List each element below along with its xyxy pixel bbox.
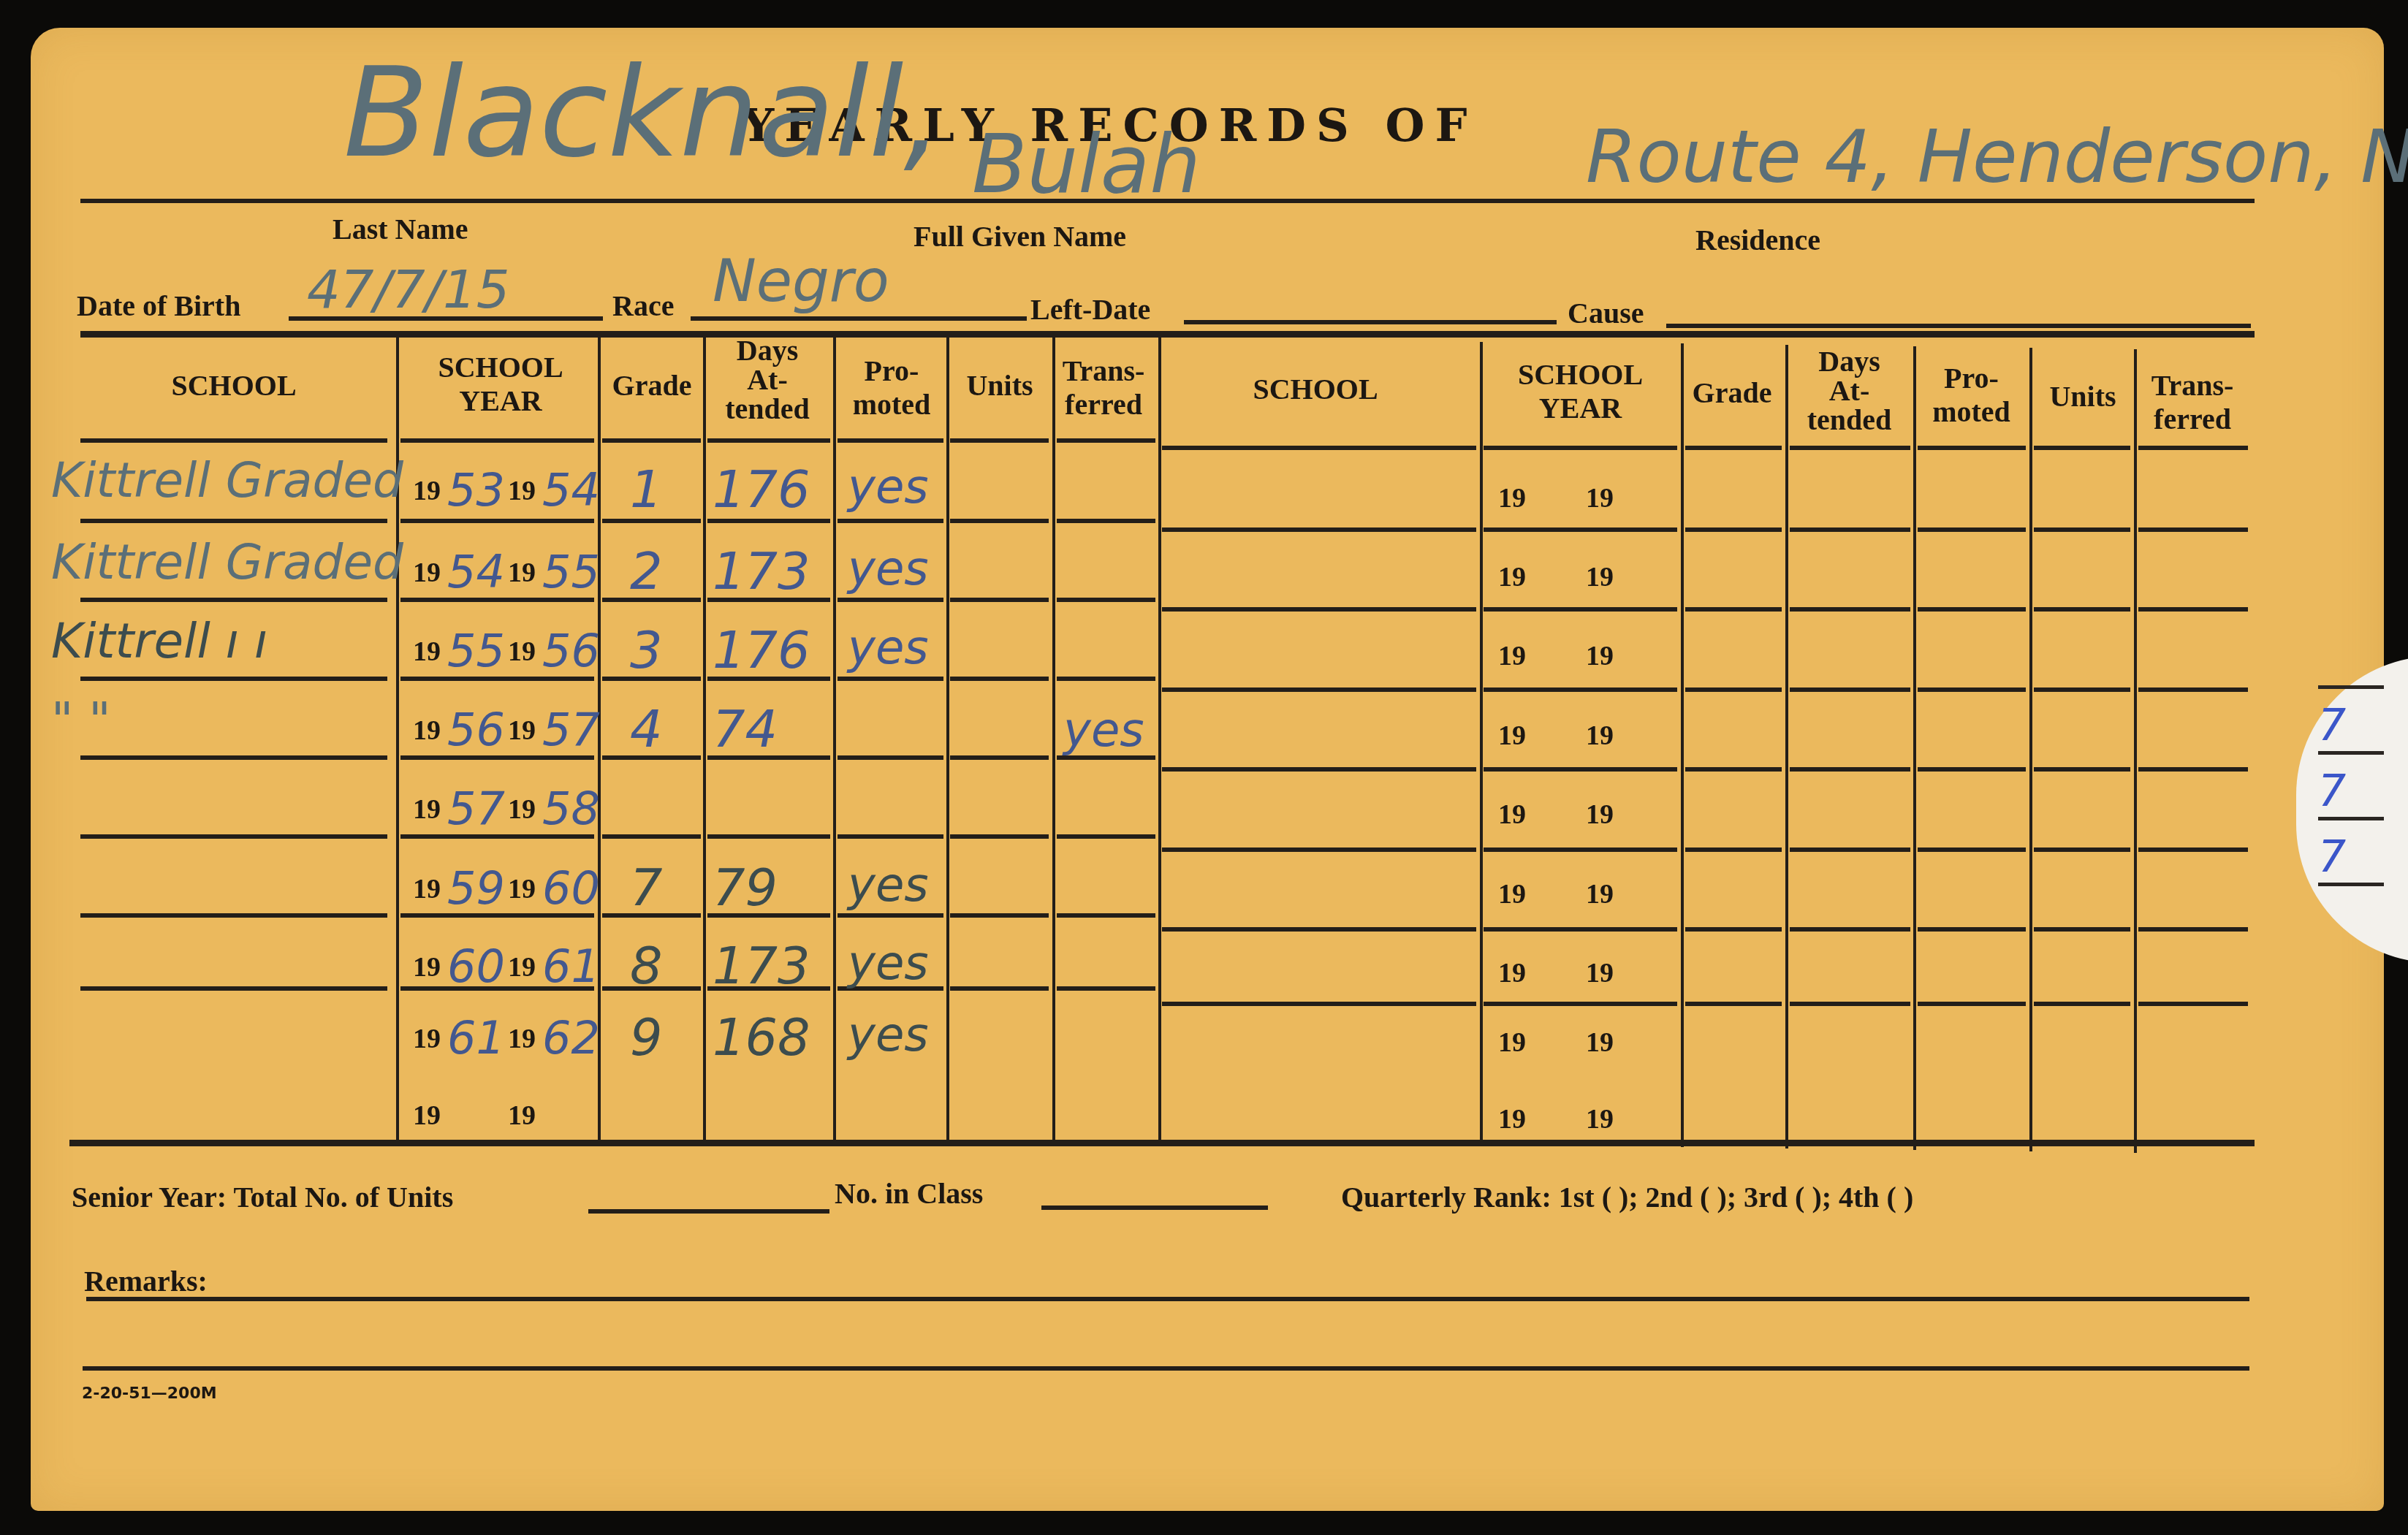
row-line (1918, 848, 2026, 852)
row-line (950, 598, 1049, 602)
col-days-line1: Days (737, 334, 798, 367)
year-from-prefix: 19 (1498, 878, 1526, 910)
days-value[interactable]: 176 (713, 464, 810, 515)
row-line (838, 755, 943, 760)
col-transferred-line2: ferred (2154, 403, 2231, 435)
row-line (1790, 767, 1910, 772)
remarks-line-2[interactable] (83, 1366, 2249, 1371)
grade-value[interactable]: 1 (630, 464, 663, 515)
days-value[interactable]: 173 (713, 546, 810, 597)
row-line (838, 913, 943, 918)
row-line (1484, 527, 1677, 532)
col-divider (833, 338, 836, 1141)
col-promoted-line1: Pro- (865, 354, 919, 387)
year-to-prefix: 19 (508, 557, 536, 589)
row-line (1918, 767, 2026, 772)
col-divider (1913, 346, 1916, 1150)
given-name-label: Full Given Name (914, 219, 1126, 254)
year-from-value[interactable]: 55 (447, 628, 505, 674)
col-days: DaysAt-tended (705, 336, 829, 424)
year-from-prefix: 19 (1498, 799, 1526, 831)
year-from-prefix: 19 (1498, 1026, 1526, 1059)
school-value[interactable]: Kittrell ı ı (51, 617, 267, 666)
col-promoted-right: Pro-moted (1915, 362, 2028, 429)
col-year-right: SCHOOLYEAR (1480, 358, 1681, 425)
row-line (80, 834, 387, 839)
row-line (1484, 927, 1677, 932)
row-line (2138, 607, 2248, 612)
grade-value[interactable]: 7 (630, 862, 663, 913)
year-from-value[interactable]: 57 (447, 786, 505, 831)
school-value[interactable]: Kittrell Graded (51, 457, 403, 505)
row-line (400, 438, 594, 443)
row-line (80, 438, 387, 443)
row-line (950, 519, 1049, 523)
row-line (2034, 527, 2130, 532)
year-to-prefix: 19 (1586, 640, 1614, 672)
row-line (2034, 446, 2130, 450)
race-value[interactable]: Negro (713, 252, 889, 311)
residence-label: Residence (1695, 223, 1820, 257)
left-date-line (1184, 320, 1557, 324)
given-name-value[interactable]: Bulah (972, 124, 1201, 205)
row-line (2138, 767, 2248, 772)
row-line (1484, 687, 1677, 692)
row-line (1685, 848, 1782, 852)
year-from-prefix: 19 (1498, 720, 1526, 752)
col-days-line3: tended (1807, 403, 1892, 436)
row-line (80, 755, 387, 760)
year-to-prefix: 19 (508, 1023, 536, 1055)
promoted-value[interactable]: yes (848, 1012, 929, 1059)
col-divider (1158, 338, 1161, 1141)
row-line (1790, 527, 1910, 532)
row-line (1918, 687, 2026, 692)
days-value[interactable]: 168 (713, 1012, 810, 1063)
row-line (1484, 767, 1677, 772)
col-days-line3: tended (725, 392, 810, 425)
year-from-value[interactable]: 59 (447, 866, 505, 911)
row-line (1484, 1002, 1677, 1006)
col-grade-right: Grade (1681, 376, 1783, 410)
row-line (1057, 913, 1155, 918)
col-promoted-line2: moted (853, 388, 931, 421)
year-from-prefix: 19 (413, 715, 441, 747)
dob-value[interactable]: 47/7/15 (307, 263, 510, 316)
year-to-prefix: 19 (508, 1100, 536, 1132)
race-line (691, 316, 1027, 321)
year-to-prefix: 19 (1586, 482, 1614, 514)
year-to-prefix: 19 (508, 951, 536, 983)
year-to-prefix: 19 (1586, 799, 1614, 831)
year-to-prefix: 19 (1586, 561, 1614, 593)
year-to-prefix: 19 (508, 873, 536, 905)
residence-value[interactable]: Route 4, Henderson, N.C. (1586, 121, 2408, 194)
promoted-value[interactable]: yes (848, 940, 929, 987)
col-divider (2134, 349, 2137, 1153)
senior-year-label: Senior Year: Total No. of Units (72, 1180, 453, 1214)
col-transferred-line1: Trans- (2151, 369, 2234, 402)
row-line (838, 834, 943, 839)
remarks-line-1[interactable] (86, 1297, 2249, 1301)
days-value[interactable]: 74 (713, 704, 778, 755)
row-line (2138, 927, 2248, 932)
row-line (1484, 607, 1677, 612)
row-line (2138, 1002, 2248, 1006)
year-to-prefix: 19 (1586, 1103, 1614, 1135)
col-days-right: DaysAt-tended (1785, 347, 1913, 435)
col-transferred-right: Trans-ferred (2138, 369, 2247, 436)
row-line (1685, 446, 1782, 450)
row-line (1918, 607, 2026, 612)
row-line (1918, 927, 2026, 932)
row-line (950, 834, 1049, 839)
year-to-prefix: 19 (1586, 720, 1614, 752)
no-in-class-line[interactable] (1041, 1205, 1268, 1210)
row-line (1918, 446, 2026, 450)
notch-ink: 7 (2318, 700, 2346, 751)
row-line (1685, 607, 1782, 612)
row-line (2034, 767, 2130, 772)
remarks-label: Remarks: (84, 1264, 208, 1298)
col-divider (1681, 343, 1684, 1147)
row-line (1685, 527, 1782, 532)
year-from-prefix: 19 (1498, 640, 1526, 672)
row-line (1484, 848, 1677, 852)
row-line (1685, 687, 1782, 692)
col-promoted-line1: Pro- (1944, 362, 1999, 395)
row-line (1057, 598, 1155, 602)
col-days-line2: At- (1829, 374, 1870, 407)
col-divider (1785, 345, 1788, 1149)
row-line (950, 913, 1049, 918)
row-line (1790, 446, 1910, 450)
row-line (1790, 1002, 1910, 1006)
year-from-prefix: 19 (413, 1100, 441, 1132)
year-from-prefix: 19 (413, 557, 441, 589)
row-line (80, 913, 387, 918)
col-transferred: Trans-ferred (1052, 354, 1155, 422)
year-from-prefix: 19 (413, 873, 441, 905)
row-line (400, 519, 594, 523)
year-from-prefix: 19 (413, 475, 441, 507)
col-days-line2: At- (747, 363, 788, 396)
year-from-prefix: 19 (1498, 482, 1526, 514)
col-year-line2: YEAR (1539, 392, 1622, 424)
race-label: Race (612, 289, 674, 323)
row-line (2034, 848, 2130, 852)
row-line (707, 438, 830, 443)
row-line (1162, 687, 1476, 692)
row-line (80, 598, 387, 602)
year-from-prefix: 19 (413, 793, 441, 826)
row-line (1484, 446, 1677, 450)
row-line (1057, 834, 1155, 839)
year-to-prefix: 19 (1586, 878, 1614, 910)
row-line (2138, 527, 2248, 532)
row-line (1918, 1002, 2026, 1006)
no-in-class-label: No. in Class (835, 1176, 983, 1211)
row-line (2138, 687, 2248, 692)
promoted-value[interactable]: yes (848, 625, 929, 671)
last-name-label: Last Name (333, 212, 468, 246)
row-line (950, 755, 1049, 760)
col-year-line1: SCHOOL (438, 351, 563, 384)
col-units: Units (949, 369, 1051, 403)
row-line (2034, 687, 2130, 692)
row-line (1057, 986, 1155, 991)
row-line (838, 519, 943, 523)
row-line (80, 519, 387, 523)
row-line (1918, 527, 2026, 532)
year-from-prefix: 19 (1498, 561, 1526, 593)
year-to-value[interactable]: 62 (542, 1016, 600, 1061)
year-from-value[interactable]: 60 (447, 944, 505, 989)
year-to-value[interactable]: 54 (542, 468, 600, 513)
card-behind-notch: 7 7 7 (2296, 656, 2408, 963)
year-to-value[interactable]: 56 (542, 628, 600, 674)
grade-value[interactable]: 3 (630, 625, 663, 676)
row-line (1685, 767, 1782, 772)
row-line (2138, 848, 2248, 852)
quarterly-rank-label: Quarterly Rank: 1st ( ); 2nd ( ); 3rd ( … (1341, 1180, 1913, 1214)
row-line (1790, 848, 1910, 852)
units-total-line[interactable] (588, 1209, 829, 1214)
row-line (602, 438, 701, 443)
col-divider (1052, 338, 1055, 1141)
table-top-rule (80, 331, 2255, 338)
days-value[interactable]: 79 (713, 862, 778, 913)
cause-label: Cause (1568, 296, 1644, 330)
row-line (1162, 1002, 1476, 1006)
row-line (1057, 438, 1155, 443)
year-from-prefix: 19 (413, 636, 441, 668)
year-to-value[interactable]: 60 (542, 866, 600, 911)
row-line (2138, 446, 2248, 450)
year-to-prefix: 19 (508, 475, 536, 507)
promoted-value[interactable]: yes (848, 464, 929, 511)
row-line (1162, 446, 1476, 450)
row-line (1685, 927, 1782, 932)
notch-ink: 7 (2318, 831, 2346, 883)
row-line (838, 598, 943, 602)
col-school: SCHOOL (80, 369, 387, 403)
col-promoted-line2: moted (1932, 395, 2010, 428)
days-value[interactable]: 173 (713, 940, 810, 991)
col-days-line1: Days (1818, 345, 1880, 378)
row-line (2034, 607, 2130, 612)
col-promoted: Pro-moted (837, 354, 946, 422)
row-line (602, 834, 701, 839)
row-line (2034, 1002, 2130, 1006)
row-line (1162, 767, 1476, 772)
year-to-prefix: 19 (1586, 1026, 1614, 1059)
year-from-prefix: 19 (1498, 1103, 1526, 1135)
year-to-prefix: 19 (1586, 957, 1614, 989)
year-to-value[interactable]: 57 (542, 707, 600, 753)
row-line (950, 677, 1049, 681)
promoted-value[interactable]: yes (848, 862, 929, 909)
row-line (1162, 848, 1476, 852)
col-transferred-line1: Trans- (1063, 354, 1145, 387)
row-line (950, 986, 1049, 991)
year-to-value[interactable]: 61 (542, 944, 600, 989)
row-line (707, 834, 830, 839)
grade-value[interactable]: 2 (630, 546, 663, 597)
grade-value[interactable]: 9 (630, 1012, 663, 1063)
col-school-right: SCHOOL (1162, 373, 1469, 406)
year-from-value[interactable]: 53 (447, 468, 505, 513)
row-line (1685, 1002, 1782, 1006)
year-to-prefix: 19 (508, 793, 536, 826)
row-line (1790, 687, 1910, 692)
col-grade: Grade (601, 369, 703, 403)
year-from-prefix: 19 (413, 1023, 441, 1055)
row-line (1057, 519, 1155, 523)
transferred-value[interactable]: yes (1063, 707, 1144, 754)
last-name-value[interactable]: Blacknall, (343, 51, 943, 175)
year-to-prefix: 19 (508, 715, 536, 747)
year-from-value[interactable]: 54 (447, 549, 505, 595)
row-line (1790, 927, 1910, 932)
row-line (1162, 927, 1476, 932)
col-year-line1: SCHOOL (1518, 358, 1643, 391)
dob-label: Date of Birth (77, 289, 240, 323)
row-line (838, 677, 943, 681)
school-value[interactable]: " " (51, 696, 111, 744)
year-to-value[interactable]: 58 (542, 786, 600, 831)
year-from-value[interactable]: 56 (447, 707, 505, 753)
row-line (80, 986, 387, 991)
promoted-value[interactable]: yes (848, 546, 929, 593)
row-line (80, 677, 387, 681)
row-line (2034, 927, 2130, 932)
row-line (838, 438, 943, 443)
col-divider (946, 338, 949, 1141)
col-divider (703, 338, 706, 1141)
row-line (1162, 607, 1476, 612)
row-line (1162, 527, 1476, 532)
notch-ink: 7 (2318, 766, 2346, 817)
col-transferred-line2: ferred (1065, 388, 1142, 421)
row-line (1057, 677, 1155, 681)
year-to-prefix: 19 (508, 636, 536, 668)
grade-value[interactable]: 4 (630, 704, 663, 755)
left-date-label: Left-Date (1030, 292, 1150, 327)
col-year-line2: YEAR (459, 384, 542, 417)
year-from-value[interactable]: 61 (447, 1016, 505, 1061)
col-divider (2029, 348, 2032, 1151)
year-to-value[interactable]: 55 (542, 549, 600, 595)
year-from-prefix: 19 (1498, 957, 1526, 989)
year-from-prefix: 19 (413, 951, 441, 983)
days-value[interactable]: 176 (713, 625, 810, 676)
grade-value[interactable]: 8 (630, 940, 663, 991)
form-code: 2-20-51—200M (82, 1384, 217, 1403)
col-units-right: Units (2032, 380, 2134, 414)
cause-line (1666, 324, 2251, 328)
col-year: SCHOOLYEAR (398, 351, 603, 418)
row-line (1790, 607, 1910, 612)
row-line (950, 438, 1049, 443)
col-divider (1480, 342, 1483, 1144)
school-value[interactable]: Kittrell Graded (51, 538, 403, 587)
